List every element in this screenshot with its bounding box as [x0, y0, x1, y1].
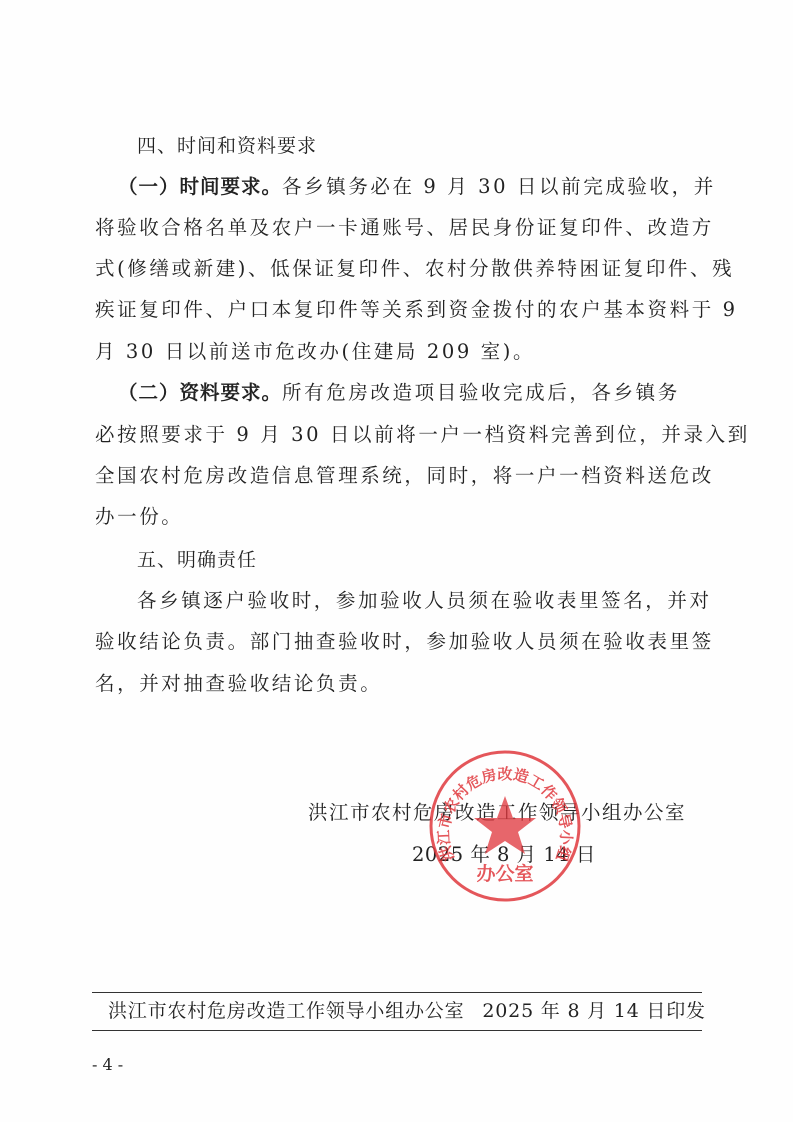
- section-4-item-2-line-1: （二）资料要求。所有危房改造项目验收完成后，各乡镇务: [118, 381, 706, 405]
- page-number: - 4 -: [92, 1055, 123, 1075]
- section-4-item-2-line-3: 全国农村危房改造信息管理系统，同时，将一户一档资料送危改: [95, 464, 705, 488]
- section-4-item-2-line-4: 办一份。: [95, 505, 705, 529]
- item-2-text: 所有危房改造项目验收完成后，各乡镇务: [282, 381, 680, 404]
- footer-issuer: 洪江市农村危房改造工作领导小组办公室: [108, 1000, 464, 1022]
- section-4-item-1-line-5: 月 30 日以前送市危改办(住建局 209 室)。: [95, 340, 705, 364]
- section-4-item-1-line-1: （一）时间要求。各乡镇务必在 9 月 30 日以前完成验收，并: [118, 175, 706, 199]
- item-2-label: （二）资料要求。: [118, 381, 282, 404]
- section-4-item-1-line-3: 式(修缮或新建)、低保证复印件、农村分散供养特困证复印件、残: [95, 257, 705, 281]
- footer-bottom-rule: [92, 1030, 702, 1031]
- footer-issuance: 洪江市农村危房改造工作领导小组办公室2025 年 8 月 14 日印发: [108, 999, 706, 1023]
- footer-issue-date: 2025 年 8 月 14 日印发: [482, 1000, 705, 1022]
- seal-bottom-text: 办公室: [476, 862, 533, 885]
- item-1-label: （一）时间要求。: [118, 175, 282, 198]
- footer-top-rule: [92, 992, 702, 993]
- official-seal-icon: 洪江市农村危房改造工作领导小组 办公室: [427, 748, 583, 904]
- section-5-line-3: 名，并对抽查验收结论负责。: [95, 672, 705, 696]
- section-5-line-1: 各乡镇逐户验收时，参加验收人员须在验收表里签名，并对: [137, 589, 705, 613]
- section-4-item-2-line-2: 必按照要求于 9 月 30 日以前将一户一档资料完善到位，并录入到: [95, 423, 705, 447]
- section-4-heading: 四、时间和资料要求: [137, 134, 747, 158]
- section-5-line-2: 验收结论负责。部门抽查验收时，参加验收人员须在验收表里签: [95, 630, 705, 654]
- document-page: 四、时间和资料要求 （一）时间要求。各乡镇务必在 9 月 30 日以前完成验收，…: [0, 0, 793, 1122]
- section-4-item-1-line-2: 将验收合格名单及农户一卡通账号、居民身份证复印件、改造方: [95, 216, 705, 240]
- item-1-text: 各乡镇务必在 9 月 30 日以前完成验收，并: [282, 175, 716, 198]
- section-5-heading: 五、明确责任: [137, 548, 747, 572]
- section-4-item-1-line-4: 疾证复印件、户口本复印件等关系到资金拨付的农户基本资料于 9: [95, 298, 705, 322]
